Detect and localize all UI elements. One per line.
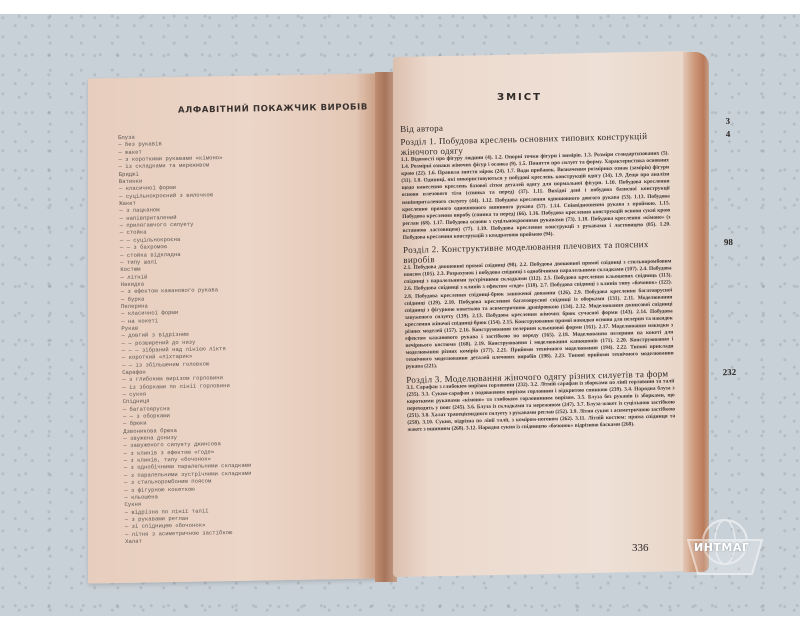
index-list: Блуза— без рукавів— жакет— з короткими р…: [118, 131, 325, 546]
photo-background: АЛФАВІТНИЙ ПОКАЖЧИК ВИРОБІВ Блуза— без р…: [0, 14, 800, 616]
open-book: АЛФАВІТНИЙ ПОКАЖЧИК ВИРОБІВ Блуза— без р…: [0, 14, 800, 616]
page-edges: [683, 52, 709, 573]
toc-page-number: 3: [725, 116, 730, 126]
toc-page-number: 232: [723, 366, 737, 376]
contents-title: ЗМІСТ: [497, 92, 542, 103]
toc-body-text: 3.1. Сарафан з глибоким вирізом горловин…: [406, 378, 675, 434]
toc-entry: Розділ 3. Моделювання жіночого одягу різ…: [406, 368, 675, 434]
toc-entry: Розділ 2. Конструктивне моделювання плеч…: [403, 239, 674, 372]
toc-body-text: 1.1. Відомості про фігуру людини (4). 1.…: [401, 150, 671, 242]
toc-entry: Розділ 1. Побудова креслень основних тип…: [400, 130, 670, 242]
toc-body-text: 2.1. Побудова двошовної прямої спідниці …: [403, 259, 674, 372]
table-of-contents: Від автора3Розділ 1. Побудова креслень о…: [400, 117, 676, 437]
toc-last-page-number: 336: [632, 542, 649, 554]
watermark-text: ИНТМАГ: [694, 541, 749, 554]
toc-page-number: 98: [724, 237, 733, 247]
toc-page-number: 4: [726, 129, 731, 139]
